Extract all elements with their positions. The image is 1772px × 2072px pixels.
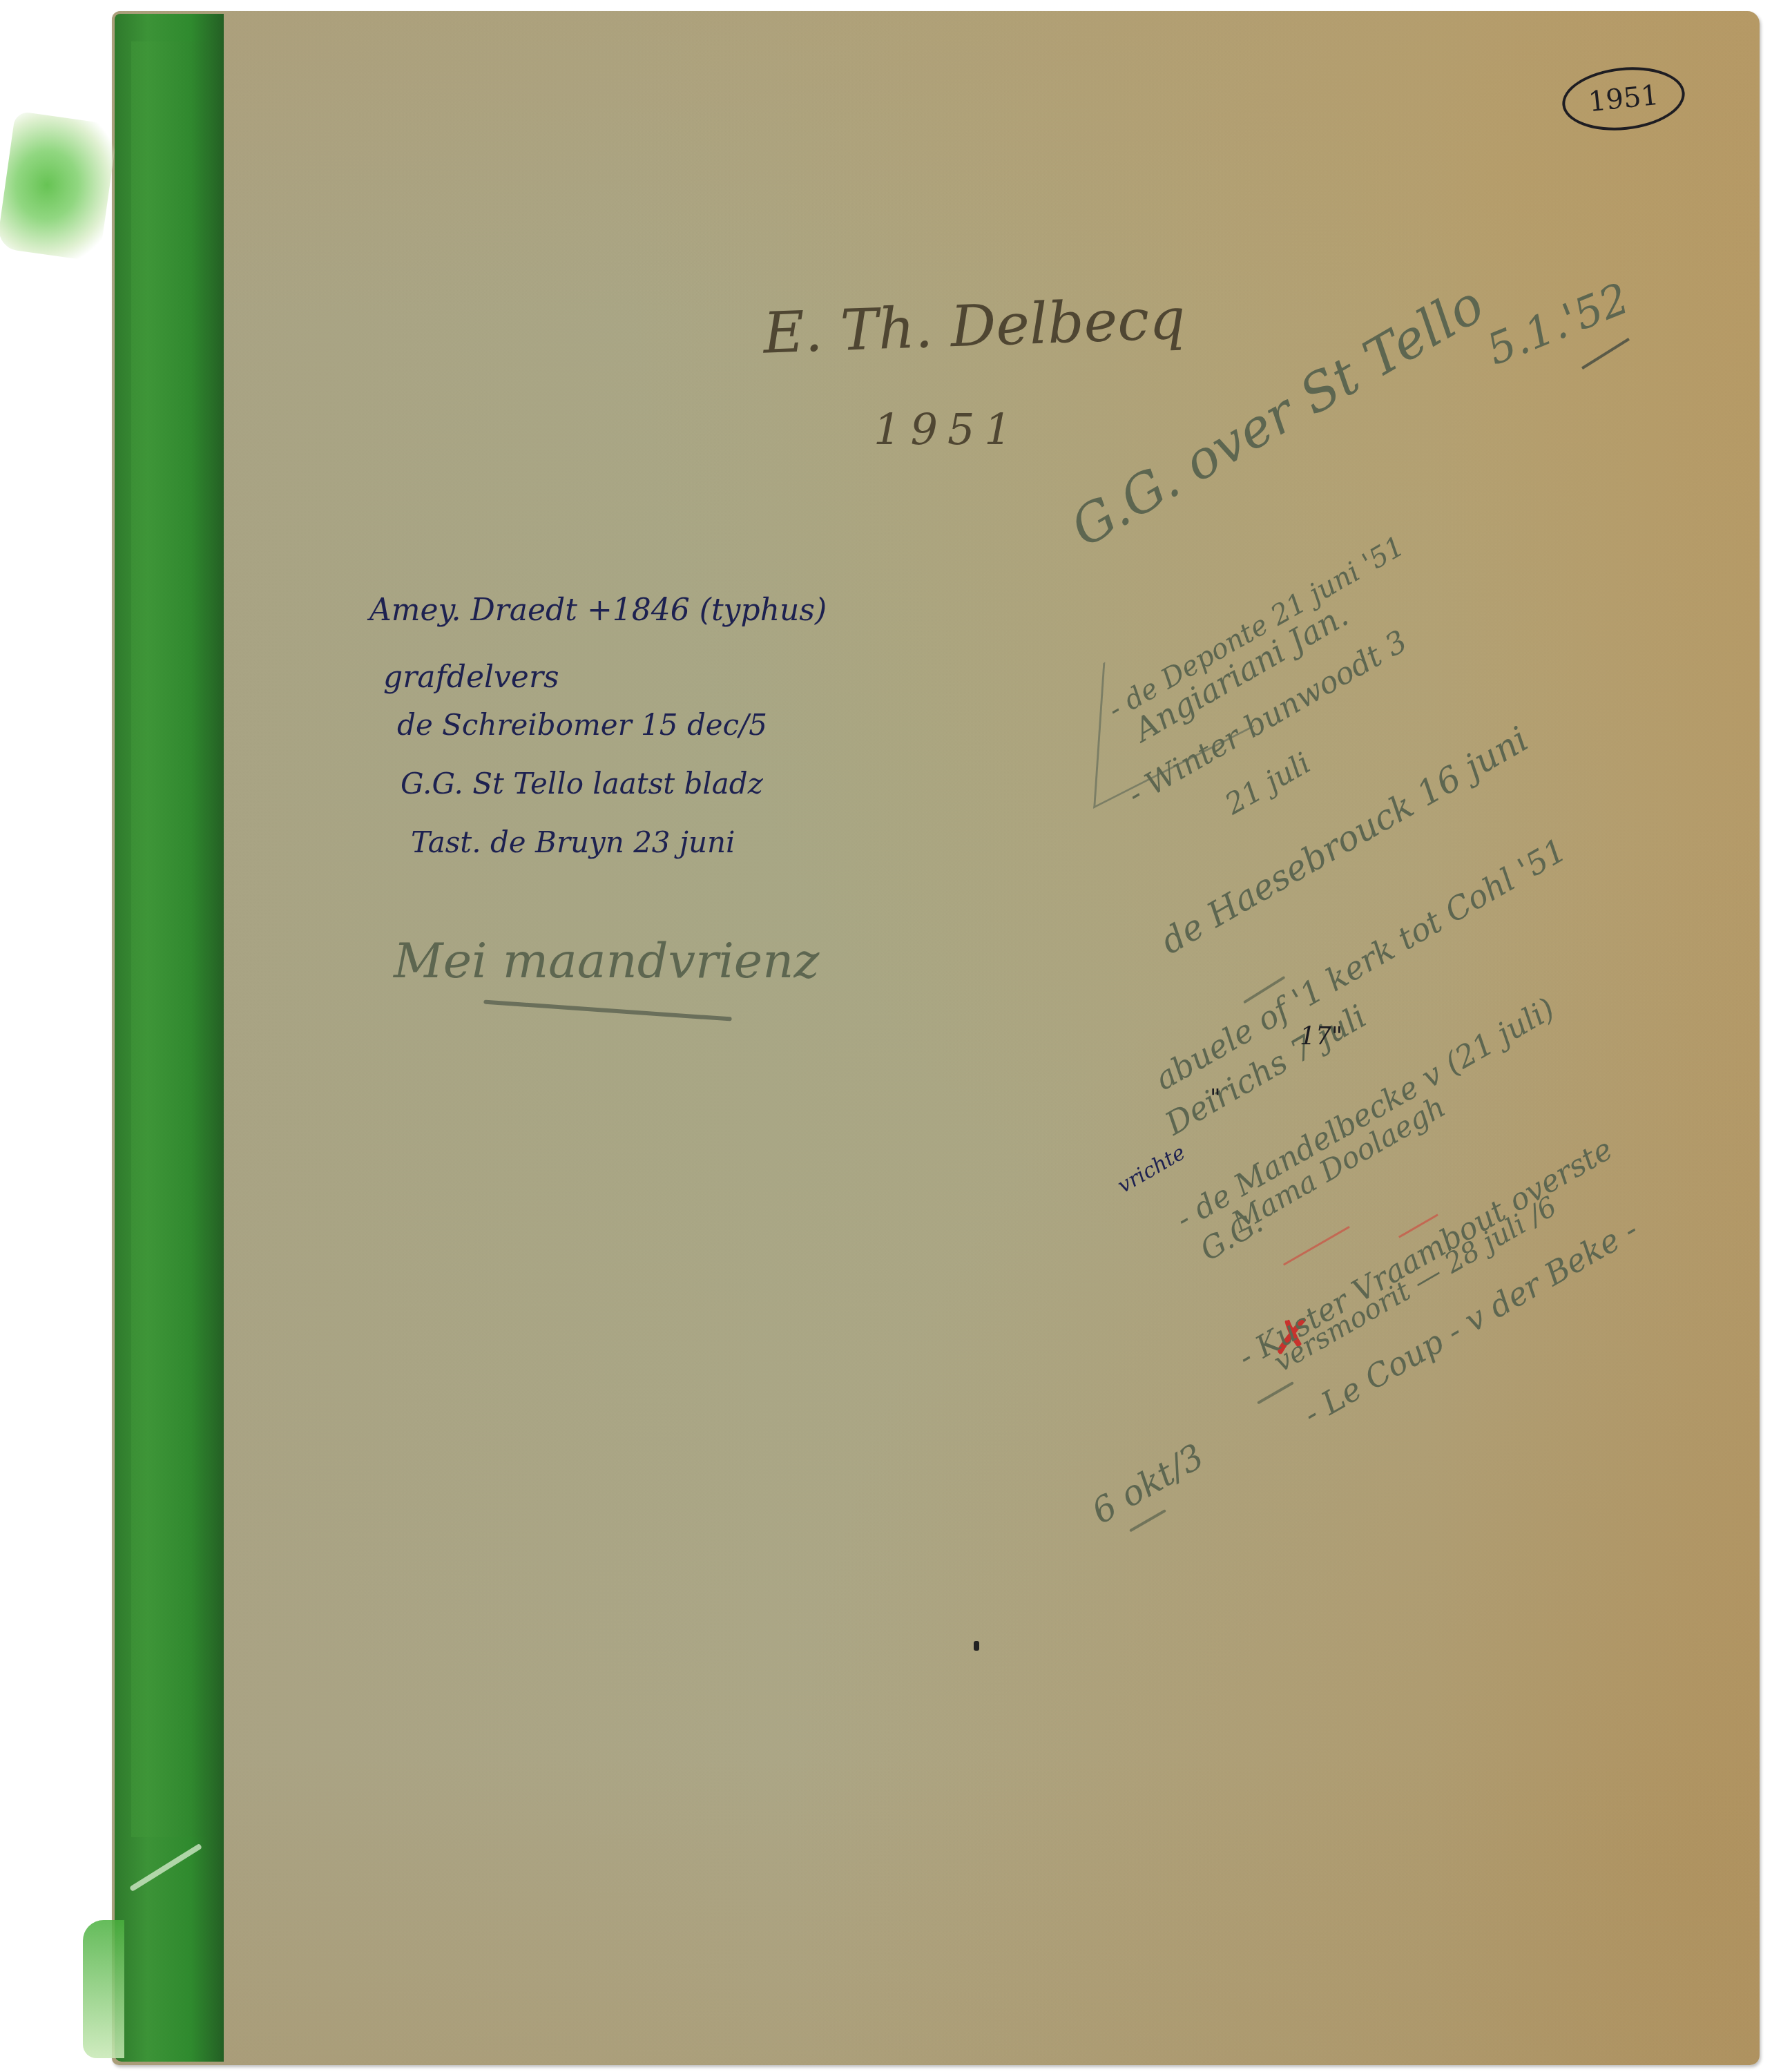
ink-speck <box>974 1641 979 1651</box>
blue-ink-ditto-mark: " <box>1210 1084 1221 1112</box>
blue-ink-ditto-17: 17" <box>1300 1022 1342 1051</box>
cover-year: 1951 <box>874 404 1021 454</box>
pencil-note-mei: Mei maandvrienz <box>394 932 819 989</box>
badge-text: 1951 <box>1587 79 1660 118</box>
peeling-tape-flap-bottom <box>83 1920 124 2058</box>
left-note-line-1: Amey. Draedt +1846 (typhus) <box>369 593 827 628</box>
left-note-line-5: Tast. de Bruyn 23 juni <box>411 825 735 859</box>
left-note-line-3: de Schreibomer 15 dec/5 <box>397 708 767 742</box>
left-note-line-2: grafdelvers <box>383 660 559 695</box>
spine-tape-highlight <box>131 41 207 1837</box>
peeling-tape-flap-top <box>0 111 118 262</box>
left-note-line-4: G.G. St Tello laatst bladz <box>401 767 763 800</box>
